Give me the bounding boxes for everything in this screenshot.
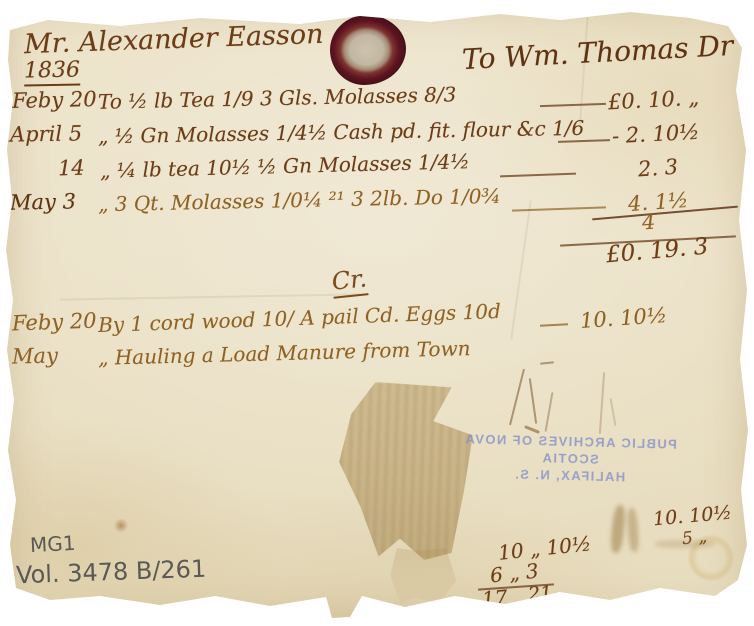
debit-date: Feby 20 — [12, 87, 97, 113]
correction-value: 4 — [641, 210, 656, 235]
debit-desc: To ½ lb Tea 1/9 3 Gls. Molasses 8/3 — [98, 82, 457, 114]
calc-result: 17 — [481, 585, 508, 611]
credit-date: May — [12, 343, 59, 368]
pencil-reference-volume: Vol. 3478 B/261 — [16, 555, 207, 590]
credit-desc: „ Hauling a Load Manure from Town — [98, 336, 471, 370]
credit-header: Cr. — [330, 264, 368, 298]
credit-desc: By 1 cord wood 10/ A pail Cd. Eggs 10d — [98, 299, 501, 337]
age-spot — [113, 519, 129, 532]
debit-desc: „ ¼ lb tea 10½ ½ Gn Molasses 1/4½ — [100, 149, 470, 183]
debit-amount: £0. 10. „ — [607, 86, 699, 115]
calc-note: 5 „ — [681, 527, 708, 550]
pencil-reference-fonds: MG1 — [29, 531, 76, 557]
ink-smudge — [610, 505, 627, 554]
debit-desc: „ ½ Gn Molasses 1/4½ Cash pd. fit. flour… — [98, 116, 585, 148]
debit-date: April 5 — [10, 121, 83, 146]
debit-amount: 2. 3 — [637, 155, 679, 182]
year: 1836 — [24, 58, 80, 87]
account-title: To Wm. Thomas Dr — [461, 29, 734, 76]
debit-desc: „ 3 Qt. Molasses 1/0¼ ²¹ 3 2lb. Do 1/0¾ — [98, 184, 501, 216]
ink-scratch — [599, 372, 605, 434]
debit-date: 14 — [58, 156, 85, 181]
amount-dash — [558, 139, 610, 143]
ink-scratch — [545, 392, 554, 432]
calc-result: 21. „ — [527, 580, 575, 605]
ink-smudge — [626, 508, 639, 553]
calc-note: 10. 10½ — [652, 502, 732, 531]
credit-date: Feby 20 — [12, 309, 97, 336]
addressee: Mr. Alexander Easson — [24, 19, 324, 60]
amount-dash — [512, 206, 606, 211]
stain-tail — [390, 548, 460, 603]
paper-crease — [60, 293, 360, 300]
archive-stamp: PUBLIC ARCHIVES OF NOVA SCOTIA HALIFAX, … — [451, 430, 688, 487]
debit-amount: - 2. 10½ — [611, 120, 700, 149]
calc-note: 10 „ 10½ — [497, 531, 592, 565]
debit-date: May 3 — [10, 189, 76, 214]
amount-dash — [540, 103, 606, 107]
credit-amount: 10. 10½ — [579, 303, 668, 333]
paper-sheet: Mr. Alexander Easson 1836 To Wm. Thomas … — [0, 0, 754, 626]
amount-dash — [540, 323, 568, 326]
amount-dash — [500, 173, 576, 178]
total-amount: £0. 19. 3 — [605, 234, 709, 269]
wax-seal — [330, 15, 406, 85]
ink-scratch — [610, 398, 617, 426]
ink-scratch — [540, 361, 554, 364]
scanned-document: Mr. Alexander Easson 1836 To Wm. Thomas … — [0, 0, 754, 626]
ink-scratch — [529, 378, 537, 424]
paper-crease — [510, 201, 531, 340]
ink-scratch — [509, 369, 525, 426]
